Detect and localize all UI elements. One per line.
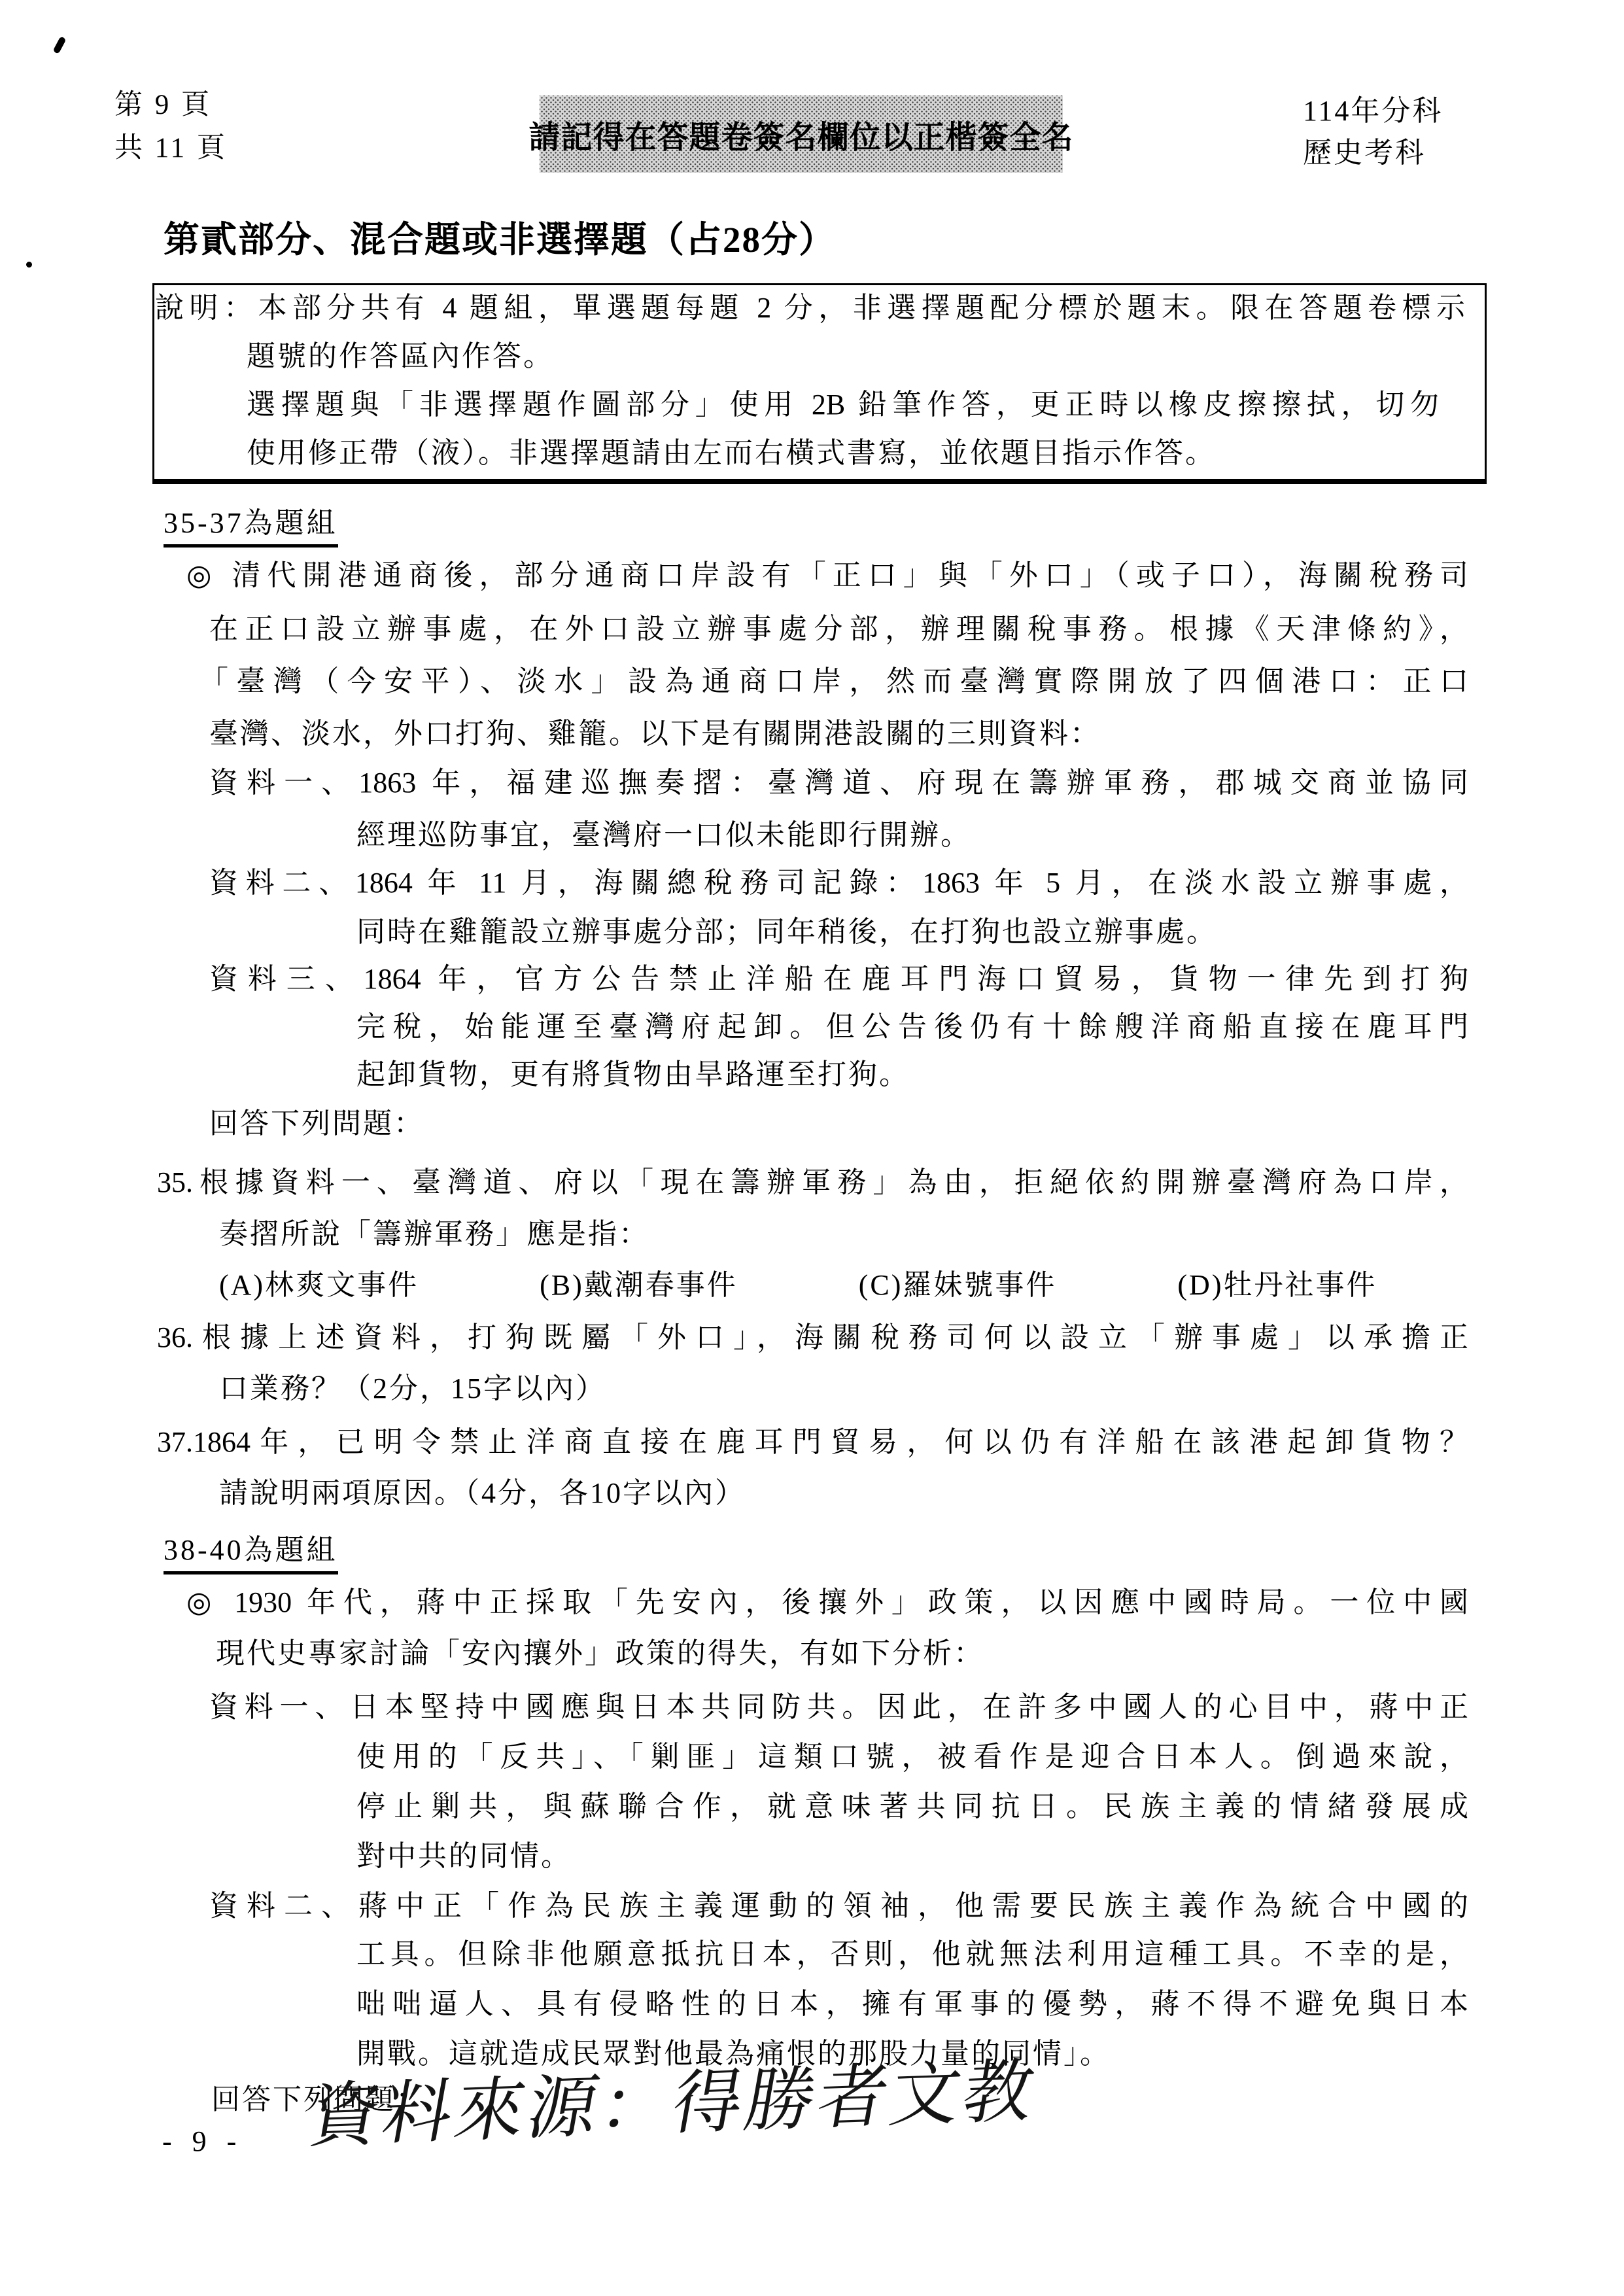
text-line: 35.根據資料一、臺灣道、府以「現在籌辦軍務」為由，拒絕依約開辦臺灣府為口岸， xyxy=(157,1166,1468,1200)
page-indicator: 第 9 頁 共 11 頁 xyxy=(114,84,228,170)
text-line: 停止剿共，與蘇聯合作，就意味著共同抗日。民族主義的情緒發展成 xyxy=(356,1790,1468,1824)
options-row: (A)林爽文事件(B)戴潮春事件(C)羅妹號事件(D)牡丹社事件 xyxy=(219,1269,1377,1302)
text-line: 口業務？（2分，15字以內） xyxy=(219,1372,606,1406)
text-line: 資料二、1864 年 11 月，海關總稅務司記錄：1863 年 5 月，在淡水設… xyxy=(209,867,1468,900)
text-line: 臺灣、淡水，外口打狗、雞籠。以下是有關開港設關的三則資料： xyxy=(209,718,1101,751)
option: (A)林爽文事件 xyxy=(219,1269,419,1302)
text-line: 36.根據上述資料，打狗既屬「外口」，海關稅務司何以設立「辦事處」以承擔正 xyxy=(157,1321,1468,1355)
exam-identifier: 114年分科 歷史考科 xyxy=(1303,90,1443,174)
text-line: 咄咄逼人、具有侵略性的日本，擁有軍事的優勢，蔣不得不避免與日本 xyxy=(356,1988,1468,2021)
text-line: 經理巡防事宜，臺灣府一口似未能即行開辦。 xyxy=(356,819,971,852)
exam-year: 114年分科 xyxy=(1303,90,1443,132)
signature-notice-banner: 請記得在答題卷簽名欄位以正楷簽全名 xyxy=(540,96,1063,173)
text-line: 「臺灣（今安平）、淡水」設為通商口岸，然而臺灣實際開放了四個港口：正口 xyxy=(199,665,1468,699)
question-group-label: 38-40為題組 xyxy=(164,1534,338,1574)
text-line: 使用的「反共」、「剿匪」這類口號，被看作是迎合日本人。倒過來說， xyxy=(356,1741,1468,1774)
exam-page: 第 9 頁 共 11 頁 請記得在答題卷簽名欄位以正楷簽全名 114年分科 歷史… xyxy=(0,0,1624,2296)
section-title: 第貳部分、混合題或非選擇題（占28分） xyxy=(164,211,836,262)
text-line: 現代史專家討論「安內攘外」政策的得失，有如下分析： xyxy=(216,1637,984,1671)
text-line: 資料一、1863 年，福建巡撫奏摺：臺灣道、府現在籌辦軍務，郡城交商並協同 xyxy=(209,767,1468,800)
page-indicator-total: 共 11 頁 xyxy=(114,127,228,170)
option: (C)羅妹號事件 xyxy=(859,1269,1057,1302)
text-line: 資料二、蔣中正「作為民族主義運動的領袖，他需要民族主義作為統合中國的 xyxy=(209,1890,1468,1923)
signature-notice-text: 請記得在答題卷簽名欄位以正楷簽全名 xyxy=(529,112,1074,157)
footer-page-number: - 9 - xyxy=(162,2125,243,2158)
text-line: 起卸貨物，更有將貨物由旱路運至打狗。 xyxy=(356,1058,910,1092)
text-line: 資料三、1864 年，官方公告禁止洋船在鹿耳門海口貿易，貨物一律先到打狗 xyxy=(209,963,1468,996)
scan-artifact xyxy=(26,262,32,268)
question-group-label: 35-37為題組 xyxy=(164,507,338,548)
text-line: 對中共的同情。 xyxy=(356,1840,572,1873)
page-indicator-current: 第 9 頁 xyxy=(114,84,228,127)
text-line: 同時在雞籠設立辦事處分部；同年稍後，在打狗也設立辦事處。 xyxy=(356,916,1217,949)
text-line: 使用修正帶（液）。非選擇題請由左而右橫式書寫，並依題目指示作答。 xyxy=(247,437,1216,470)
option: (B)戴潮春事件 xyxy=(540,1269,738,1302)
text-line: 說明：本部分共有 4 題組，單選題每題 2 分，非選擇題配分標於題末。限在答題卷… xyxy=(155,292,1465,325)
exam-subject: 歷史考科 xyxy=(1303,132,1443,174)
text-line: 完稅，始能運至臺灣府起卸。但公告後仍有十餘艘洋商船直接在鹿耳門 xyxy=(356,1011,1468,1044)
text-line: 題號的作答區內作答。 xyxy=(247,340,554,374)
text-line: 資料一、日本堅持中國應與日本共同防共。因此，在許多中國人的心目中，蔣中正 xyxy=(209,1691,1468,1724)
text-line: 選擇題與「非選擇題作圖部分」使用 2B 鉛筆作答，更正時以橡皮擦擦拭，切勿 xyxy=(247,389,1439,422)
text-line: 回答下列問題： xyxy=(209,1107,424,1141)
scan-artifact xyxy=(52,36,66,54)
text-line: 工具。但除非他願意抵抗日本，否則，他就無法利用這種工具。不幸的是， xyxy=(356,1938,1468,1972)
text-line: ◎ 清代開港通商後，部分通商口岸設有「正口」與「外口」（或子口），海關稅務司 xyxy=(186,559,1468,593)
text-line: 37.1864年，已明令禁止洋商直接在鹿耳門貿易，何以仍有洋船在該港起卸貨物？ xyxy=(157,1426,1468,1459)
text-line: 在正口設立辦事處，在外口設立辦事處分部，辦理關稅事務。根據《天津條約》， xyxy=(209,613,1468,646)
text-line: 奏摺所說「籌辦軍務」應是指： xyxy=(219,1218,649,1251)
text-line: 請說明兩項原因。（4分，各10字以內） xyxy=(219,1477,746,1510)
option: (D)牡丹社事件 xyxy=(1177,1269,1377,1302)
text-line: ◎ 1930 年代，蔣中正採取「先安內，後攘外」政策，以因應中國時局。一位中國 xyxy=(186,1586,1468,1620)
